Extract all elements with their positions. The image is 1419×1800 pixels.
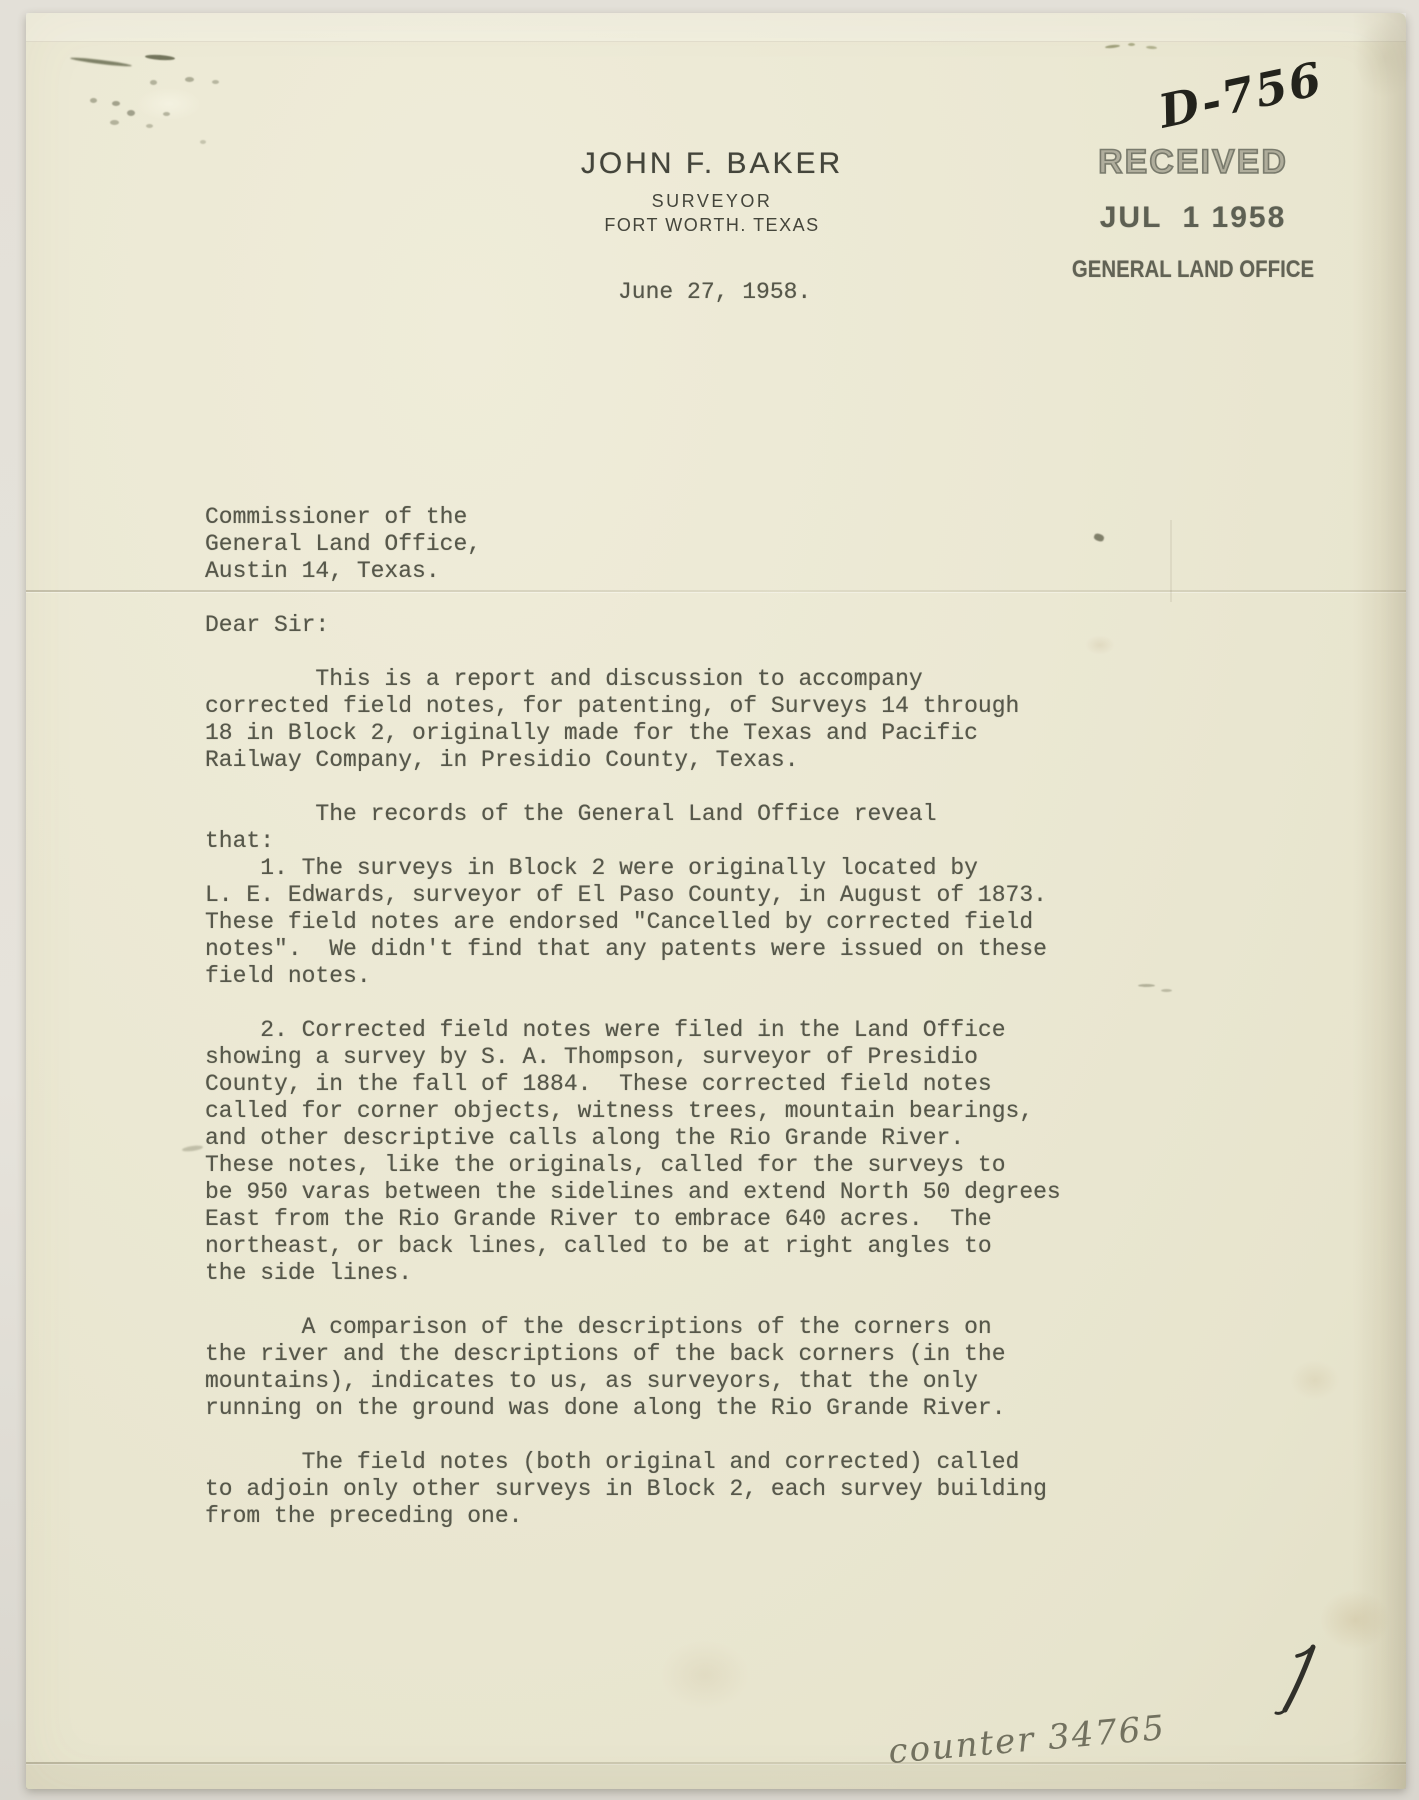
paper-right-edge-shadow	[1352, 13, 1406, 1789]
typed-line: 2. Corrected field notes were filed in t…	[205, 1017, 1061, 1044]
typed-line: and other descriptive calls along the Ri…	[205, 1125, 1061, 1152]
typed-line: corrected field notes, for patenting, of…	[205, 693, 1061, 720]
typed-line: running on the ground was done along the…	[205, 1395, 1061, 1422]
pencil-mark	[1128, 43, 1135, 46]
typed-line: County, in the fall of 1884. These corre…	[205, 1071, 1061, 1098]
pencil-mark	[1138, 984, 1155, 987]
received-stamp: RECEIVED JUL 1 1958 GENERAL LAND OFFICE	[1040, 144, 1346, 283]
typed-line: field notes.	[205, 963, 1061, 990]
typed-line	[205, 639, 1061, 666]
smudge	[150, 80, 157, 85]
smudge	[212, 80, 219, 84]
typed-line: notes". We didn't find that any patents …	[205, 936, 1061, 963]
stain	[1355, 18, 1415, 98]
letterhead-title: SURVEYOR	[512, 192, 912, 210]
pencil-mark	[1161, 989, 1172, 992]
stain	[1290, 1360, 1340, 1400]
typed-line	[205, 990, 1061, 1017]
typed-line: L. E. Edwards, surveyor of El Paso Count…	[205, 882, 1061, 909]
typed-line: that:	[205, 828, 1061, 855]
letterhead: JOHN F. BAKER SURVEYOR FORT WORTH. TEXAS	[512, 148, 912, 234]
typed-line: East from the Rio Grande River to embrac…	[205, 1206, 1061, 1233]
smudge	[127, 110, 135, 116]
typed-line: These notes, like the originals, called …	[205, 1152, 1061, 1179]
typed-line: These field notes are endorsed "Cancelle…	[205, 909, 1061, 936]
fold-shadow	[26, 1764, 1406, 1789]
typed-line: Dear Sir:	[205, 612, 1061, 639]
typed-line: from the preceding one.	[205, 1503, 1061, 1530]
typed-line	[205, 774, 1061, 801]
typed-line: Railway Company, in Presidio County, Tex…	[205, 747, 1061, 774]
letter-date: June 27, 1958.	[618, 279, 811, 305]
letter-body: Commissioner of theGeneral Land Office,A…	[205, 504, 1061, 1530]
typed-line: northeast, or back lines, called to be a…	[205, 1233, 1061, 1260]
smudge	[110, 120, 119, 125]
typed-line	[205, 585, 1061, 612]
smudge	[163, 112, 170, 116]
typed-line: Austin 14, Texas.	[205, 558, 1061, 585]
typed-line: mountains), indicates to us, as surveyor…	[205, 1368, 1061, 1395]
stamp-received-line: RECEIVED	[1040, 144, 1346, 180]
typed-line: The field notes (both original and corre…	[205, 1449, 1061, 1476]
typed-line: the river and the descriptions of the ba…	[205, 1341, 1061, 1368]
stain	[1085, 635, 1115, 655]
letterhead-name: JOHN F. BAKER	[512, 148, 912, 180]
smudge	[112, 101, 120, 106]
typed-line: A comparison of the descriptions of the …	[205, 1314, 1061, 1341]
typed-line: This is a report and discussion to accom…	[205, 666, 1061, 693]
typed-line	[205, 1422, 1061, 1449]
typed-line: showing a survey by S. A. Thompson, surv…	[205, 1044, 1061, 1071]
typed-line: General Land Office,	[205, 531, 1061, 558]
typed-line: Commissioner of the	[205, 504, 1061, 531]
smudge	[146, 124, 153, 128]
typed-line: 1. The surveys in Block 2 were originall…	[205, 855, 1061, 882]
vertical-crease	[1170, 520, 1172, 602]
smudge	[90, 98, 97, 103]
typed-line: to adjoin only other surveys in Block 2,…	[205, 1476, 1061, 1503]
typed-line: the side lines.	[205, 1260, 1061, 1287]
typed-line: The records of the General Land Office r…	[205, 801, 1061, 828]
typed-line: be 950 varas between the sidelines and e…	[205, 1179, 1061, 1206]
smudge	[185, 77, 194, 82]
typed-line: 18 in Block 2, originally made for the T…	[205, 720, 1061, 747]
paper-top-fold	[26, 13, 1406, 42]
stain	[660, 1640, 750, 1710]
stamp-date-line: JUL 1 1958	[1040, 202, 1346, 234]
stamp-office-line: GENERAL LAND OFFICE	[1063, 257, 1323, 283]
smudge	[200, 140, 206, 144]
stain	[1320, 1590, 1390, 1650]
typed-line	[205, 1287, 1061, 1314]
letterhead-location: FORT WORTH. TEXAS	[512, 216, 912, 234]
typed-line: called for corner objects, witness trees…	[205, 1098, 1061, 1125]
scanned-letter: JOHN F. BAKER SURVEYOR FORT WORTH. TEXAS…	[0, 0, 1419, 1800]
